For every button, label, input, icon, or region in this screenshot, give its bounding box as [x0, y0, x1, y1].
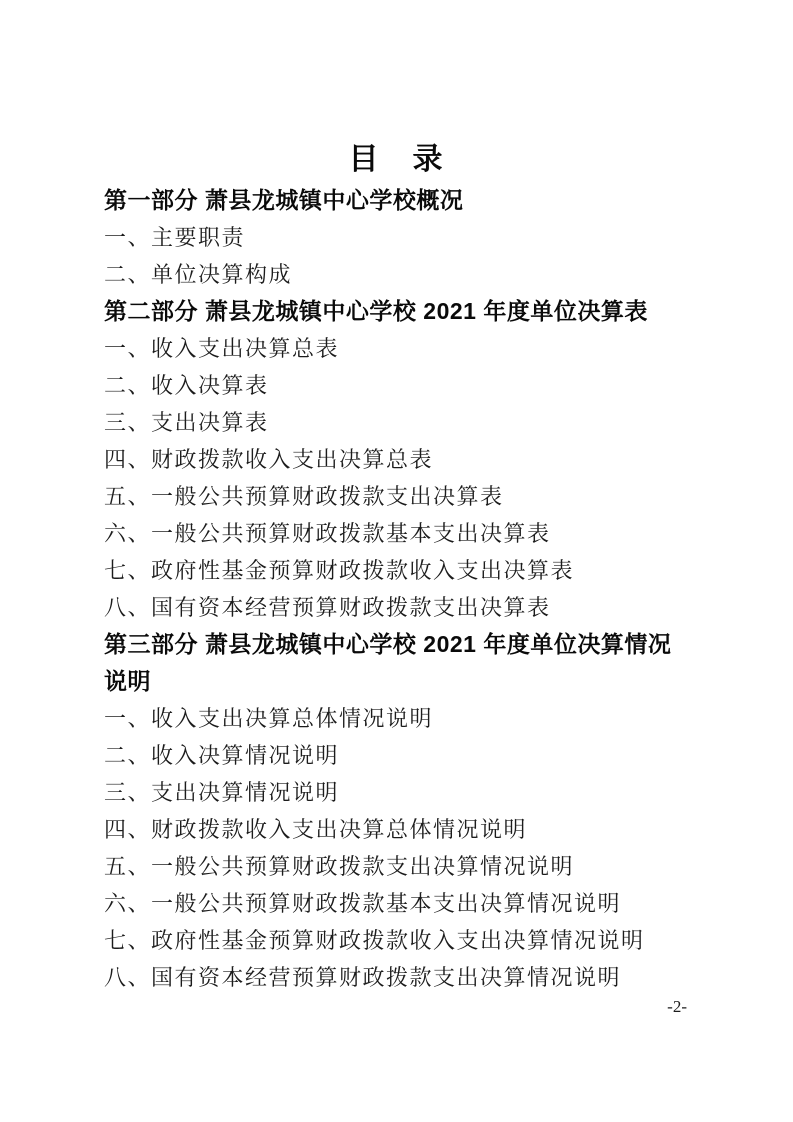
toc-item: 五、一般公共预算财政拨款支出决算情况说明	[104, 848, 693, 885]
toc-item: 六、一般公共预算财政拨款基本支出决算表	[104, 515, 693, 552]
page-title: 目 录	[0, 0, 793, 182]
toc-item: 一、收入支出决算总体情况说明	[104, 700, 693, 737]
page-number: -2-	[0, 996, 793, 1018]
document-page: 目 录 第一部分 萧县龙城镇中心学校概况 一、主要职责 二、单位决算构成 第二部…	[0, 0, 793, 1122]
toc-item: 三、支出决算表	[104, 404, 693, 441]
toc-item: 四、财政拨款收入支出决算总表	[104, 441, 693, 478]
toc-item: 六、一般公共预算财政拨款基本支出决算情况说明	[104, 885, 693, 922]
toc-item: 七、政府性基金预算财政拨款收入支出决算情况说明	[104, 922, 693, 959]
toc-item: 八、国有资本经营预算财政拨款支出决算表	[104, 589, 693, 626]
toc-item: 四、财政拨款收入支出决算总体情况说明	[104, 811, 693, 848]
toc-section-2-heading: 第二部分 萧县龙城镇中心学校 2021 年度单位决算表	[104, 293, 693, 330]
toc-section-3-heading: 第三部分 萧县龙城镇中心学校 2021 年度单位决算情况说明	[104, 626, 693, 700]
toc-item: 一、收入支出决算总表	[104, 330, 693, 367]
toc-item: 二、收入决算情况说明	[104, 737, 693, 774]
toc-item: 二、收入决算表	[104, 367, 693, 404]
toc-section-1-heading: 第一部分 萧县龙城镇中心学校概况	[104, 182, 693, 219]
toc-item: 八、国有资本经营预算财政拨款支出决算情况说明	[104, 959, 693, 996]
toc-item: 五、一般公共预算财政拨款支出决算表	[104, 478, 693, 515]
toc-item: 一、主要职责	[104, 219, 693, 256]
table-of-contents: 第一部分 萧县龙城镇中心学校概况 一、主要职责 二、单位决算构成 第二部分 萧县…	[0, 182, 793, 996]
toc-item: 三、支出决算情况说明	[104, 774, 693, 811]
toc-item: 七、政府性基金预算财政拨款收入支出决算表	[104, 552, 693, 589]
toc-item: 二、单位决算构成	[104, 256, 693, 293]
